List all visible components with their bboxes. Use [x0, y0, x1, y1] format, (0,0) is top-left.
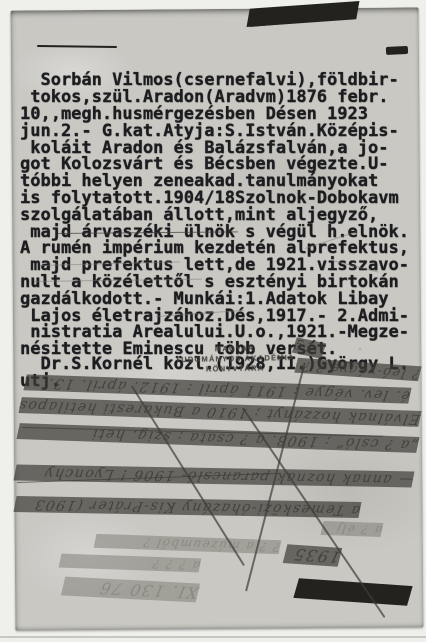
- handwritten-note: 1935: [283, 544, 343, 567]
- handwritten-note: ? ? a múzeumból ?: [94, 534, 282, 554]
- pencil-stroke: [386, 46, 408, 55]
- scanned-document-page: { "document_type": "archival biographica…: [0, 0, 426, 642]
- handwritten-note: a ? ? ?: [59, 554, 202, 573]
- scan-edge-line: [0, 636, 426, 638]
- content-layer: Sorbán Vilmos(csernefalvi),földbir- toko…: [0, 0, 426, 642]
- library-stamp: MAGYARTUDOMÁNYOS AKADÉMIAKÖNYVTÁRA: [173, 343, 298, 375]
- handwritten-note: XI. 130 76: [61, 577, 200, 603]
- handwritten-note: Sorb. dal.: [293, 578, 412, 606]
